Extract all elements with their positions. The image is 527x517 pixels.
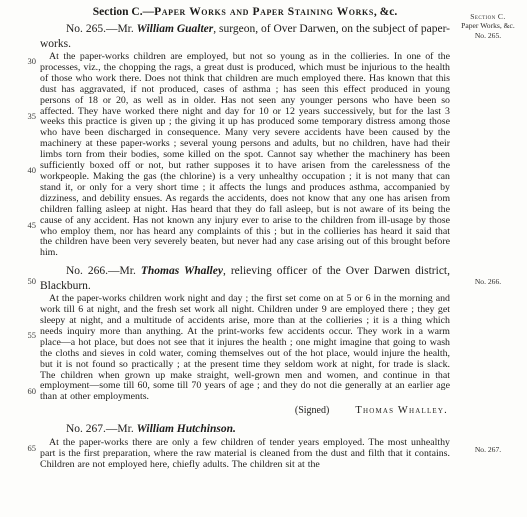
entry-266-number: No. 266.—Mr. — [66, 265, 141, 277]
margin-line-number-35: 35 — [16, 111, 36, 121]
entry-266-name: Thomas Whalley — [141, 265, 223, 277]
entry-267-number: No. 267.—Mr. — [66, 423, 137, 435]
margin-line-number-65: 65 — [16, 443, 36, 453]
margin-line-number-45: 45 — [16, 220, 36, 230]
entry-heading-267: No. 267.—Mr. William Hutchinson. — [40, 422, 450, 437]
section-heading-suffix: , &c. — [374, 6, 397, 18]
entry-heading-265: No. 265.—Mr. William Gualter, surgeon, o… — [40, 22, 450, 51]
margin-line-number-40: 40 — [16, 165, 36, 175]
entry-267-name: William Hutchinson. — [137, 423, 236, 435]
margin-note-265-section: Section C. — [451, 12, 525, 21]
testimony-266: At the paper-works children work night a… — [40, 294, 450, 403]
testimony-267: At the paper-works there are only a few … — [40, 438, 450, 471]
main-text-column: Section C.—Paper Works and Paper Stainin… — [40, 5, 450, 471]
margin-note-265: Section C. Paper Works, &c. No. 265. — [451, 12, 525, 40]
section-heading: Section C.—Paper Works and Paper Stainin… — [40, 5, 450, 20]
signature-label: (Signed) — [295, 405, 329, 417]
margin-line-number-55: 55 — [16, 330, 36, 340]
signature-name: Thomas Whalley. — [355, 405, 448, 417]
margin-note-265-number: No. 265. — [451, 31, 525, 40]
margin-note-265-works: Paper Works, &c. — [451, 21, 525, 30]
section-heading-main: Paper Works and Paper Staining Works — [154, 6, 374, 18]
margin-note-266: No. 266. — [451, 277, 525, 286]
entry-265-name: William Gualter — [137, 23, 214, 35]
testimony-265: At the paper-works children are employed… — [40, 52, 450, 259]
margin-line-number-50: 50 — [16, 276, 36, 286]
entry-265-number: No. 265.—Mr. — [66, 23, 137, 35]
margin-line-number-30: 30 — [16, 56, 36, 66]
document-page: 30 35 40 45 50 55 60 65 Section C. Paper… — [0, 0, 527, 517]
margin-line-number-60: 60 — [16, 386, 36, 396]
entry-heading-266: No. 266.—Mr. Thomas Whalley, relieving o… — [40, 264, 450, 293]
signature-row: (Signed) Thomas Whalley. — [40, 405, 448, 417]
margin-note-267: No. 267. — [451, 445, 525, 454]
section-heading-prefix: Section C.— — [93, 6, 154, 18]
